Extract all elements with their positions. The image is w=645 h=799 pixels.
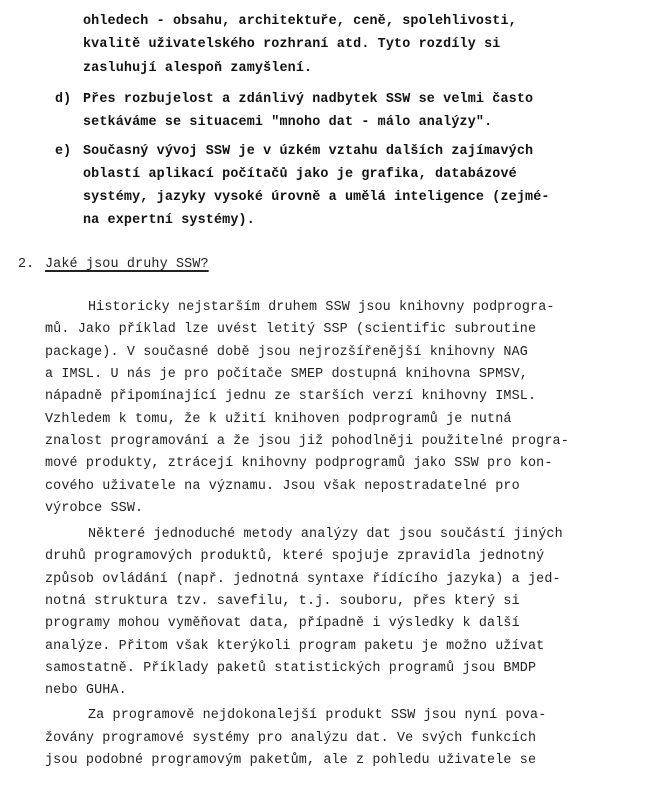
text-line: Vzhledem k tomu, že k užití knihoven pod… — [45, 412, 512, 428]
text-line: jsou podobné programovým paketům, ale z … — [45, 753, 536, 769]
text-line: Historicky nejstarším druhem SSW jsou kn… — [88, 300, 555, 316]
text-line: Současný vývoj SSW je v úzkém vztahu dal… — [83, 144, 533, 160]
text-line: na expertní systémy). — [83, 213, 255, 229]
section-number: 2. — [18, 257, 34, 273]
text-line: notná struktura tzv. savefilu, t.j. soub… — [45, 594, 520, 610]
text-line: výrobce SSW. — [45, 501, 143, 517]
text-line: oblastí aplikací počítačů jako je grafik… — [83, 167, 517, 183]
text-line: setkáváme se situacemi "mnoho dat - málo… — [83, 115, 492, 131]
text-line: systémy, jazyky vysoké úrovně a umělá in… — [83, 190, 550, 206]
text-line: kvalitě uživatelského rozhraní atd. Tyto… — [83, 37, 500, 53]
text-line: Přes rozbujelost a zdánlivý nadbytek SSW… — [83, 92, 533, 108]
text-line: nebo GUHA. — [45, 683, 127, 699]
text-line: programy mohou vyměňovat data, případně … — [45, 616, 520, 632]
text-line: znalost programování a že jsou již pohod… — [45, 434, 569, 450]
typewritten-page: ohledech - obsahu, architektuře, ceně, s… — [0, 0, 645, 799]
text-line: nápadně připomínající jednu ze starších … — [45, 389, 536, 405]
text-line: mové produkty, ztrácejí knihovny podprog… — [45, 456, 553, 472]
text-line: package). V současné době jsou nejrozšíř… — [45, 345, 528, 361]
list-marker: d) — [55, 92, 71, 108]
text-line: žovány programové systémy pro analýzu da… — [45, 731, 536, 747]
text-line: samostatně. Příklady paketů statistickýc… — [45, 661, 536, 677]
text-line: zasluhují alespoň zamyšlení. — [83, 61, 312, 77]
text-line: mů. Jako příklad lze uvést letitý SSP (s… — [45, 322, 536, 338]
text-line: a IMSL. U nás je pro počítače SMEP dostu… — [45, 367, 528, 383]
text-line: cového uživatele na významu. Jsou však n… — [45, 479, 520, 495]
text-line: Za programově nejdokonalejší produkt SSW… — [88, 708, 546, 724]
list-marker: e) — [55, 144, 71, 160]
text-line: druhů programových produktů, které spoju… — [45, 549, 544, 565]
text-line: Některé jednoduché metody analýzy dat js… — [88, 527, 563, 543]
text-line: způsob ovládání (např. jednotná syntaxe … — [45, 572, 561, 588]
section-title: Jaké jsou druhy SSW? — [45, 257, 209, 273]
text-line: ohledech - obsahu, architektuře, ceně, s… — [83, 14, 517, 30]
text-line: analýze. Přitom však kterýkoli program p… — [45, 639, 544, 655]
